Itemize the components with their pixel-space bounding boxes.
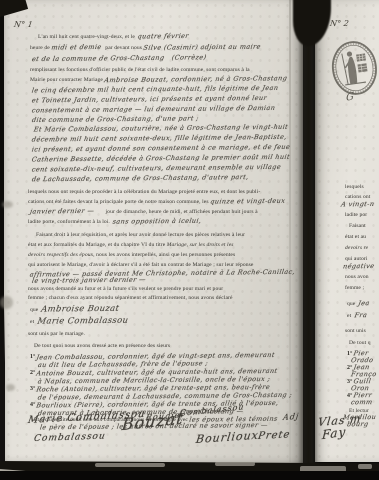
scan-bottom-background <box>0 471 379 480</box>
scan-blotch <box>95 463 165 467</box>
scan-blotch <box>215 462 255 466</box>
register-book-scan: N° 1 N° 2 <box>0 0 379 480</box>
signature: Fay <box>322 424 347 442</box>
scan-blotch <box>358 464 372 469</box>
signatures-right: Vlas mFay <box>0 0 379 480</box>
